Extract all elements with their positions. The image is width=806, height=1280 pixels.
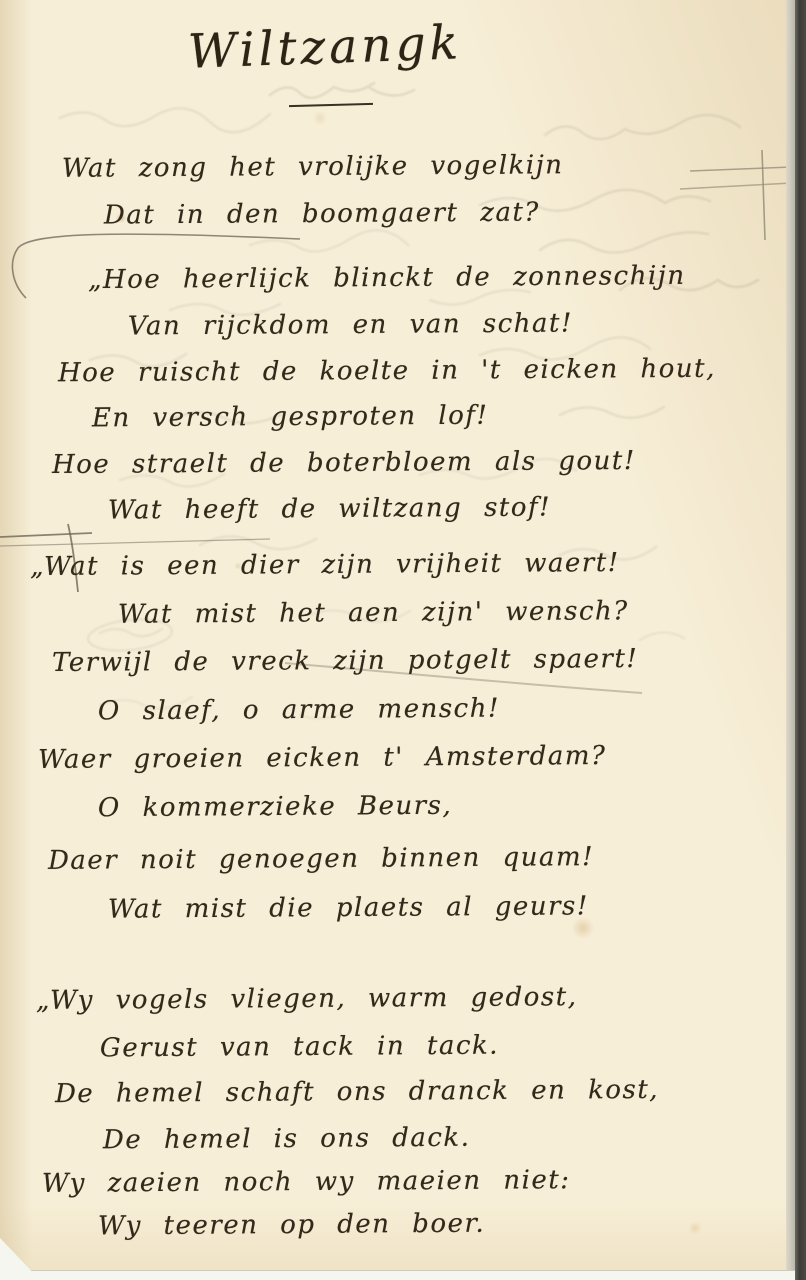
poem-line: Wat heeft de wiltzang stof! <box>108 492 551 525</box>
poem-line: En versch gesproten lof! <box>92 401 489 434</box>
poem-line: Hoe straelt de boterbloem als gout! <box>52 446 636 480</box>
poem-title: Wiltzangk <box>187 15 463 80</box>
poem-line: Daer noit genoegen binnen quam! <box>48 842 594 876</box>
scan-edge-light <box>786 0 795 1280</box>
poem-line: „Hoe heerlijck blinckt de zonneschijn <box>88 261 686 295</box>
poem-line: Wat mist die plaets al geurs! <box>108 891 589 924</box>
poem-line: Hoe ruischt de koelte in 't eicken hout, <box>58 354 716 389</box>
title-underline <box>289 103 373 107</box>
poem-line: Waer groeien eicken t' Amsterdam? <box>38 741 607 775</box>
poem-line: Dat in den boomgaert zat? <box>104 197 540 230</box>
poem-line: Wy zaeien noch wy maeien niet: <box>42 1165 571 1199</box>
poem-line: Wat zong het vrolijke vogelkijn <box>62 150 564 184</box>
poem-line: Gerust van tack in tack. <box>100 1031 499 1064</box>
poem-line: Wy teeren op den boer. <box>98 1209 485 1242</box>
poem-line: Van rijckdom en van schat! <box>128 308 573 341</box>
poem-line: O slaef, o arme mensch! <box>98 694 500 727</box>
pencil-cross-right <box>680 145 795 245</box>
poem-line: Wat mist het aen zijn' wensch? <box>118 596 629 630</box>
poem-line: De hemel schaft ons dranck en kost, <box>55 1075 659 1109</box>
scan-background-bottom <box>0 1271 795 1280</box>
scan-edge-dark <box>795 0 806 1280</box>
manuscript-page: Wiltzangk Wat zong het vrolijke vogelkij… <box>0 0 806 1280</box>
poem-line: „Wy vogels vliegen, warm gedost, <box>36 982 578 1016</box>
poem-line: O kommerzieke Beurs, <box>98 791 452 823</box>
poem-line: De hemel is ons dack. <box>103 1123 471 1156</box>
poem-line: „Wat is een dier zijn vrijheit waert! <box>30 548 620 582</box>
poem-line: Terwijl de vreck zijn potgelt spaert! <box>52 644 639 678</box>
